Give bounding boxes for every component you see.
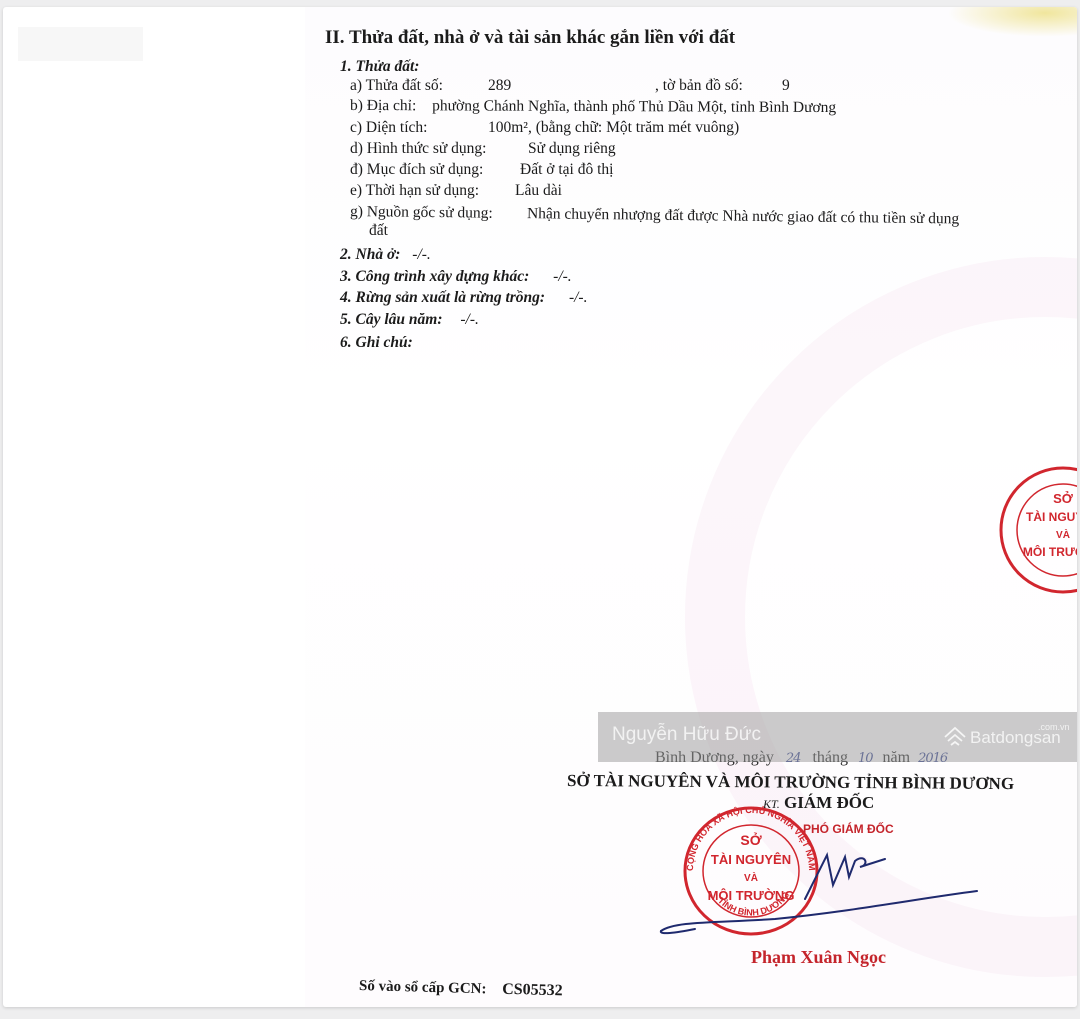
usage-origin-continuation: đất	[369, 222, 388, 240]
parcel-number-value: 289	[488, 77, 511, 95]
svg-text:SỞ: SỞ	[1053, 491, 1074, 506]
area-value: 100m², (bằng chữ: Một trăm mét vuông)	[488, 119, 739, 137]
item-other-construction-label: 3. Công trình xây dựng khác:	[340, 268, 529, 285]
item-notes: 6. Ghi chú:	[340, 334, 413, 352]
usage-term-label: e) Thời hạn sử dụng:	[350, 182, 479, 199]
watermark-owner: Nguyễn Hữu Đức	[612, 724, 761, 746]
registry-row: Số vào sổ cấp GCN: CS05532	[359, 977, 563, 1000]
item-perennial-trees-value: -/-.	[460, 311, 479, 328]
usage-origin-value: Nhận chuyển nhượng đất được Nhà nước gia…	[527, 205, 959, 228]
item-production-forest-value: -/-.	[569, 289, 588, 306]
svg-text:MÔI TRƯỜNG: MÔI TRƯỜNG	[1023, 544, 1077, 559]
item-production-forest-label: 4. Rừng sản xuất là rừng trồng:	[340, 289, 545, 306]
item-perennial-trees-label: 5. Cây lâu năm:	[340, 311, 442, 328]
usage-purpose-value: Đất ở tại đô thị	[520, 161, 613, 179]
faded-toolbar-placeholder	[18, 27, 143, 61]
address-label: b) Địa chỉ:	[350, 97, 416, 114]
area-row: c) Diện tích: 100m², (bằng chữ: Một trăm…	[350, 119, 427, 137]
item-notes-label: 6. Ghi chú:	[340, 334, 413, 351]
usage-form-label: d) Hình thức sử dụng:	[350, 140, 487, 157]
section-title: II. Thửa đất, nhà ở và tài sản khác gắn …	[325, 29, 735, 47]
partial-official-stamp: SỞ TÀI NGUYÊN VÀ MÔI TRƯỜNG	[997, 463, 1077, 597]
svg-text:VÀ: VÀ	[1056, 528, 1070, 541]
parcel-number-row: a) Thửa đất số: 289 , tờ bản đồ số: 9	[350, 77, 443, 95]
item-house-label: 2. Nhà ở:	[340, 246, 400, 263]
certificate-page: II. Thửa đất, nhà ở và tài sản khác gắn …	[305, 7, 1077, 1007]
usage-origin-label: g) Nguồn gốc sử dụng:	[350, 203, 493, 222]
usage-purpose-label: đ) Mục đích sử dụng:	[350, 161, 483, 178]
usage-term-row: e) Thời hạn sử dụng: Lâu dài	[350, 182, 479, 200]
parcel-number-label: a) Thửa đất số:	[350, 77, 443, 94]
usage-origin-row: g) Nguồn gốc sử dụng: Nhận chuyển nhượng…	[350, 203, 493, 223]
address-value: phường Chánh Nghĩa, thành phố Thủ Dầu Mộ…	[432, 97, 836, 116]
registry-number: CS05532	[502, 981, 563, 1000]
image-viewer-frame: II. Thửa đất, nhà ở và tài sản khác gắn …	[3, 7, 1077, 1007]
watermark-banner: Nguyễn Hữu Đức Batdongsan .com.vn	[598, 712, 1077, 762]
address-row: b) Địa chỉ: phường Chánh Nghĩa, thành ph…	[350, 97, 836, 117]
registry-label: Số vào sổ cấp GCN:	[359, 978, 487, 997]
map-sheet-label: , tờ bản đồ số:	[655, 77, 743, 95]
usage-term-value: Lâu dài	[515, 182, 562, 200]
land-heading: 1. Thửa đất:	[340, 58, 419, 76]
svg-text:TÀI NGUYÊN: TÀI NGUYÊN	[1026, 509, 1077, 524]
signer-name: Phạm Xuân Ngọc	[751, 947, 886, 968]
item-house-value: -/-.	[412, 246, 431, 263]
item-production-forest: 4. Rừng sản xuất là rừng trồng: -/-.	[340, 289, 587, 307]
item-house: 2. Nhà ở: -/-.	[340, 246, 431, 264]
item-perennial-trees: 5. Cây lâu năm: -/-.	[340, 311, 479, 329]
usage-form-row: d) Hình thức sử dụng: Sử dụng riêng	[350, 140, 487, 158]
usage-form-value: Sử dụng riêng	[528, 140, 616, 158]
usage-purpose-row: đ) Mục đích sử dụng: Đất ở tại đô thị	[350, 161, 483, 179]
batdongsan-logo-icon	[943, 726, 967, 748]
item-other-construction-value: -/-.	[553, 268, 572, 285]
map-sheet-value: 9	[782, 77, 790, 95]
handwritten-signature	[655, 837, 985, 937]
issuing-agency: SỞ TÀI NGUYÊN VÀ MÔI TRƯỜNG TỈNH BÌNH DƯ…	[567, 771, 1014, 794]
item-other-construction: 3. Công trình xây dựng khác: -/-.	[340, 268, 572, 286]
area-label: c) Diện tích:	[350, 119, 427, 136]
watermark-domain: .com.vn	[1038, 722, 1070, 732]
